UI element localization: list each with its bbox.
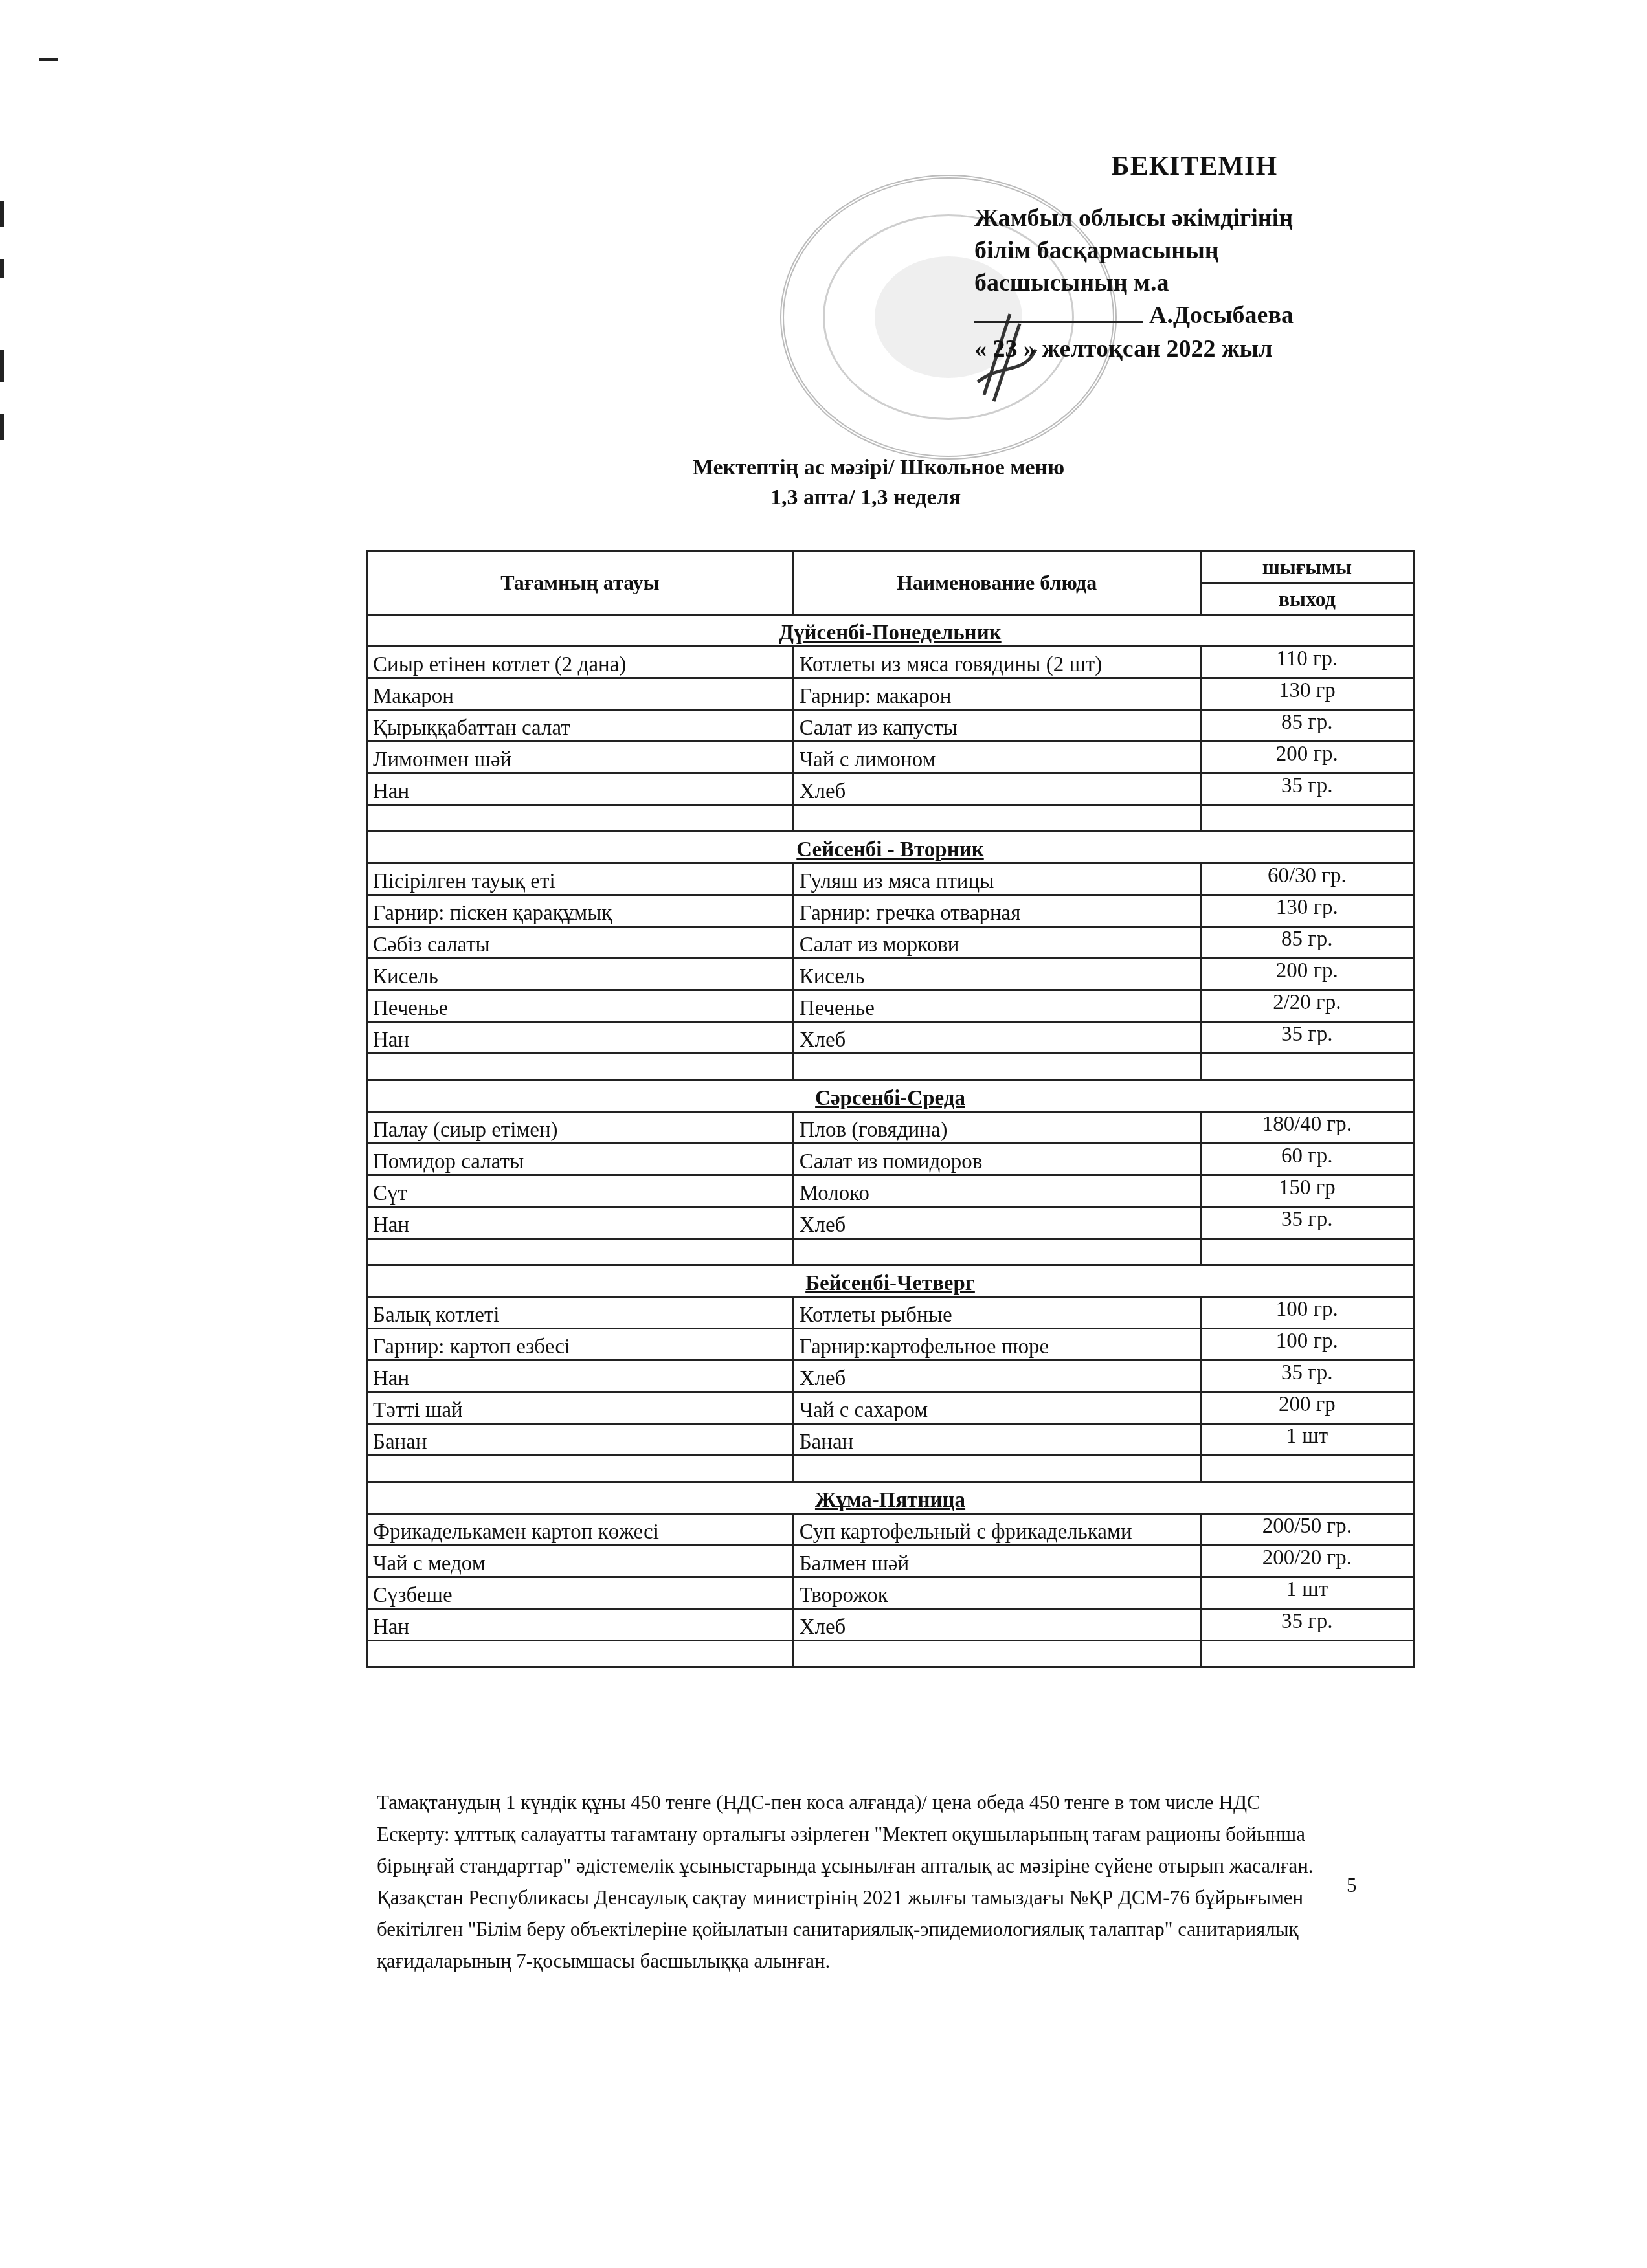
dish-name-ru: Гуляш из мяса птицы — [793, 863, 1200, 895]
table-row: Чай с медомБалмен шәй200/20 гр. — [367, 1546, 1414, 1577]
blank-cell — [1200, 1641, 1413, 1667]
day-header-row: Жұма-Пятница — [367, 1482, 1414, 1514]
dish-name-kz: Қырыққабаттан салат — [367, 710, 794, 742]
table-row: Помидор салатыСалат из помидоров60 гр. — [367, 1144, 1414, 1175]
dish-yield: 130 гр. — [1200, 895, 1413, 927]
dish-yield: 60 гр. — [1200, 1144, 1413, 1175]
table-row: Балық котлетіКотлеты рыбные100 гр. — [367, 1297, 1414, 1329]
blank-cell — [367, 1641, 794, 1667]
signature-line — [974, 315, 1143, 323]
blank-cell — [1200, 805, 1413, 832]
dish-name-kz: Палау (сиыр етімен) — [367, 1112, 794, 1144]
day-name: Жұма-Пятница — [815, 1489, 965, 1512]
table-row: НанХлеб35 гр. — [367, 773, 1414, 805]
dish-name-ru: Молоко — [793, 1175, 1200, 1207]
dish-yield: 200/50 гр. — [1200, 1514, 1413, 1546]
table-row: НанХлеб35 гр. — [367, 1207, 1414, 1239]
date-day: « 23 » — [974, 335, 1036, 362]
table-row: КисельКисель200 гр. — [367, 959, 1414, 990]
day-name: Сейсенбі - Вторник — [796, 838, 983, 862]
date-month-year: желтоқсан 2022 жыл — [1042, 335, 1273, 362]
table-row: СүтМолоко150 гр — [367, 1175, 1414, 1207]
header-yield-kz: шығымы — [1200, 551, 1413, 583]
blank-row — [367, 1239, 1414, 1265]
price-text: Тамақтанудың 1 күндік құны 450 тенге (НД… — [377, 1786, 1477, 1818]
blank-cell — [793, 1054, 1200, 1080]
dish-name-kz: Гарнир: піскен қарақұмық — [367, 895, 794, 927]
dish-name-ru: Хлеб — [793, 1609, 1200, 1641]
dish-yield: 60/30 гр. — [1200, 863, 1413, 895]
blank-cell — [1200, 1239, 1413, 1265]
table-row: Фрикаделькамен картоп көжесіСуп картофел… — [367, 1514, 1414, 1546]
dish-name-ru: Хлеб — [793, 1022, 1200, 1054]
header-ru-name: Наименование блюда — [793, 551, 1200, 615]
dish-yield: 2/20 гр. — [1200, 990, 1413, 1022]
day-header: Сәрсенбі-Среда — [367, 1080, 1414, 1112]
dish-name-ru: Гарнир:картофельное пюре — [793, 1329, 1200, 1361]
table-row: Сәбіз салатыСалат из моркови85 гр. — [367, 927, 1414, 959]
dish-name-kz: Лимонмен шәй — [367, 742, 794, 773]
approval-heading: БЕКІТЕМІН — [1013, 150, 1376, 183]
signer-line: А.Досыбаева — [974, 299, 1376, 331]
table-row: ПеченьеПеченье2/20 гр. — [367, 990, 1414, 1022]
dish-yield: 35 гр. — [1200, 1022, 1413, 1054]
scan-mark — [0, 350, 4, 382]
scan-mark — [0, 259, 4, 278]
dish-name-kz: Гарнир: картоп езбесі — [367, 1329, 794, 1361]
approval-line: Жамбыл облысы әкімдігінің — [974, 202, 1376, 234]
blank-row — [367, 1641, 1414, 1667]
dish-name-kz: Фрикаделькамен картоп көжесі — [367, 1514, 794, 1546]
scan-mark — [0, 414, 4, 440]
table-row: НанХлеб35 гр. — [367, 1022, 1414, 1054]
footer-note: Тамақтанудың 1 күндік құны 450 тенге (НД… — [377, 1786, 1477, 1977]
table-row: Гарнир: картоп езбесіГарнир:картофельное… — [367, 1329, 1414, 1361]
dish-yield: 35 гр. — [1200, 1361, 1413, 1392]
dish-name-kz: Нан — [367, 1207, 794, 1239]
blank-cell — [793, 1456, 1200, 1482]
dish-name-kz: Нан — [367, 1361, 794, 1392]
menu-body: Дүйсенбі-ПонедельникСиыр етінен котлет (… — [367, 615, 1414, 1667]
approval-line: білім басқармасының — [974, 234, 1376, 267]
signer-name: А.Досыбаева — [1149, 302, 1294, 329]
scan-mark — [0, 201, 4, 227]
page-title: Мектептің ас мәзірі/ Школьное меню 1,3 а… — [0, 453, 1647, 513]
blank-cell — [793, 1239, 1200, 1265]
day-header: Бейсенбі-Четверг — [367, 1265, 1414, 1297]
blank-cell — [367, 805, 794, 832]
dish-name-kz: Помидор салаты — [367, 1144, 794, 1175]
dish-name-ru: Творожок — [793, 1577, 1200, 1609]
dish-name-kz: Печенье — [367, 990, 794, 1022]
dish-yield: 180/40 гр. — [1200, 1112, 1413, 1144]
day-name: Дүйсенбі-Понедельник — [779, 621, 1001, 645]
blank-cell — [793, 805, 1200, 832]
table-row: МакаронГарнир: макарон130 гр — [367, 678, 1414, 710]
dish-name-kz: Пісірілген тауық еті — [367, 863, 794, 895]
dish-name-ru: Балмен шәй — [793, 1546, 1200, 1577]
dish-name-kz: Нан — [367, 1609, 794, 1641]
menu-week: 1,3 апта/ 1,3 неделя — [0, 483, 1647, 513]
table-row: БананБанан1 шт — [367, 1424, 1414, 1456]
dish-yield: 1 шт — [1200, 1424, 1413, 1456]
approval-block: БЕКІТЕМІН Жамбыл облысы әкімдігінің білі… — [974, 150, 1376, 365]
dish-name-kz: Сүзбеше — [367, 1577, 794, 1609]
blank-cell — [367, 1456, 794, 1482]
table-row: Тәтті шайЧай с сахаром200 гр — [367, 1392, 1414, 1424]
blank-cell — [367, 1239, 794, 1265]
dish-name-ru: Салат из капусты — [793, 710, 1200, 742]
dish-name-ru: Хлеб — [793, 1207, 1200, 1239]
day-header-row: Сейсенбі - Вторник — [367, 832, 1414, 863]
table-row: Қырыққабаттан салатСалат из капусты85 гр… — [367, 710, 1414, 742]
table-row: СүзбешеТворожок1 шт — [367, 1577, 1414, 1609]
dish-name-ru: Хлеб — [793, 1361, 1200, 1392]
menu-table: Тағамның атауы Наименование блюда шығымы… — [366, 550, 1415, 1668]
blank-row — [367, 1456, 1414, 1482]
header-kz-name: Тағамның атауы — [367, 551, 794, 615]
dish-yield: 85 гр. — [1200, 927, 1413, 959]
dish-name-kz: Банан — [367, 1424, 794, 1456]
dish-name-kz: Кисель — [367, 959, 794, 990]
approval-date: « 23 » желтоқсан 2022 жыл — [974, 333, 1376, 365]
page-number: 5 — [1347, 1874, 1357, 1897]
dish-name-ru: Плов (говядина) — [793, 1112, 1200, 1144]
header-yield-ru: выход — [1200, 583, 1413, 615]
day-header-row: Сәрсенбі-Среда — [367, 1080, 1414, 1112]
dish-name-ru: Гарнир: гречка отварная — [793, 895, 1200, 927]
table-row: Сиыр етінен котлет (2 дана)Котлеты из мя… — [367, 647, 1414, 678]
table-row: Пісірілген тауық етіГуляш из мяса птицы6… — [367, 863, 1414, 895]
dish-yield: 200 гр. — [1200, 959, 1413, 990]
scan-mark — [39, 58, 58, 61]
day-header: Сейсенбі - Вторник — [367, 832, 1414, 863]
dish-name-kz: Сәбіз салаты — [367, 927, 794, 959]
dish-yield: 1 шт — [1200, 1577, 1413, 1609]
dish-name-ru: Суп картофельный с фрикадельками — [793, 1514, 1200, 1546]
blank-cell — [1200, 1456, 1413, 1482]
dish-yield: 100 гр. — [1200, 1297, 1413, 1329]
day-header-row: Дүйсенбі-Понедельник — [367, 615, 1414, 647]
dish-yield: 200 гр — [1200, 1392, 1413, 1424]
table-row: Палау (сиыр етімен)Плов (говядина)180/40… — [367, 1112, 1414, 1144]
blank-cell — [793, 1641, 1200, 1667]
blank-cell — [1200, 1054, 1413, 1080]
dish-yield: 110 гр. — [1200, 647, 1413, 678]
day-header: Жұма-Пятница — [367, 1482, 1414, 1514]
table-row: НанХлеб35 гр. — [367, 1361, 1414, 1392]
day-header-row: Бейсенбі-Четверг — [367, 1265, 1414, 1297]
table-row: Лимонмен шәйЧай с лимоном200 гр. — [367, 742, 1414, 773]
dish-name-ru: Банан — [793, 1424, 1200, 1456]
dish-name-ru: Чай с лимоном — [793, 742, 1200, 773]
dish-name-ru: Салат из помидоров — [793, 1144, 1200, 1175]
dish-yield: 35 гр. — [1200, 773, 1413, 805]
menu-title: Мектептің ас мәзірі/ Школьное меню — [0, 453, 1647, 483]
dish-name-ru: Чай с сахаром — [793, 1392, 1200, 1424]
blank-cell — [367, 1054, 794, 1080]
dish-yield: 130 гр — [1200, 678, 1413, 710]
dish-yield: 200/20 гр. — [1200, 1546, 1413, 1577]
dish-name-kz: Макарон — [367, 678, 794, 710]
dish-name-ru: Гарнир: макарон — [793, 678, 1200, 710]
note-text: Ескерту: ұлттық салауатты тағамтану орта… — [377, 1818, 1387, 1977]
blank-row — [367, 1054, 1414, 1080]
dish-name-kz: Сиыр етінен котлет (2 дана) — [367, 647, 794, 678]
dish-name-kz: Тәтті шай — [367, 1392, 794, 1424]
table-row: НанХлеб35 гр. — [367, 1609, 1414, 1641]
table-row: Гарнир: піскен қарақұмықГарнир: гречка о… — [367, 895, 1414, 927]
dish-yield: 35 гр. — [1200, 1609, 1413, 1641]
dish-name-ru: Котлеты рыбные — [793, 1297, 1200, 1329]
dish-yield: 200 гр. — [1200, 742, 1413, 773]
blank-row — [367, 805, 1414, 832]
dish-name-kz: Балық котлеті — [367, 1297, 794, 1329]
dish-yield: 35 гр. — [1200, 1207, 1413, 1239]
dish-name-ru: Салат из моркови — [793, 927, 1200, 959]
approval-line: басшысының м.а — [974, 267, 1376, 299]
dish-name-ru: Котлеты из мяса говядины (2 шт) — [793, 647, 1200, 678]
dish-yield: 150 гр — [1200, 1175, 1413, 1207]
day-name: Бейсенбі-Четверг — [805, 1272, 975, 1295]
dish-name-kz: Нан — [367, 773, 794, 805]
dish-name-ru: Кисель — [793, 959, 1200, 990]
day-header: Дүйсенбі-Понедельник — [367, 615, 1414, 647]
dish-yield: 100 гр. — [1200, 1329, 1413, 1361]
day-name: Сәрсенбі-Среда — [815, 1087, 965, 1110]
dish-name-kz: Нан — [367, 1022, 794, 1054]
dish-name-ru: Хлеб — [793, 773, 1200, 805]
dish-name-ru: Печенье — [793, 990, 1200, 1022]
dish-name-kz: Сүт — [367, 1175, 794, 1207]
dish-yield: 85 гр. — [1200, 710, 1413, 742]
dish-name-kz: Чай с медом — [367, 1546, 794, 1577]
